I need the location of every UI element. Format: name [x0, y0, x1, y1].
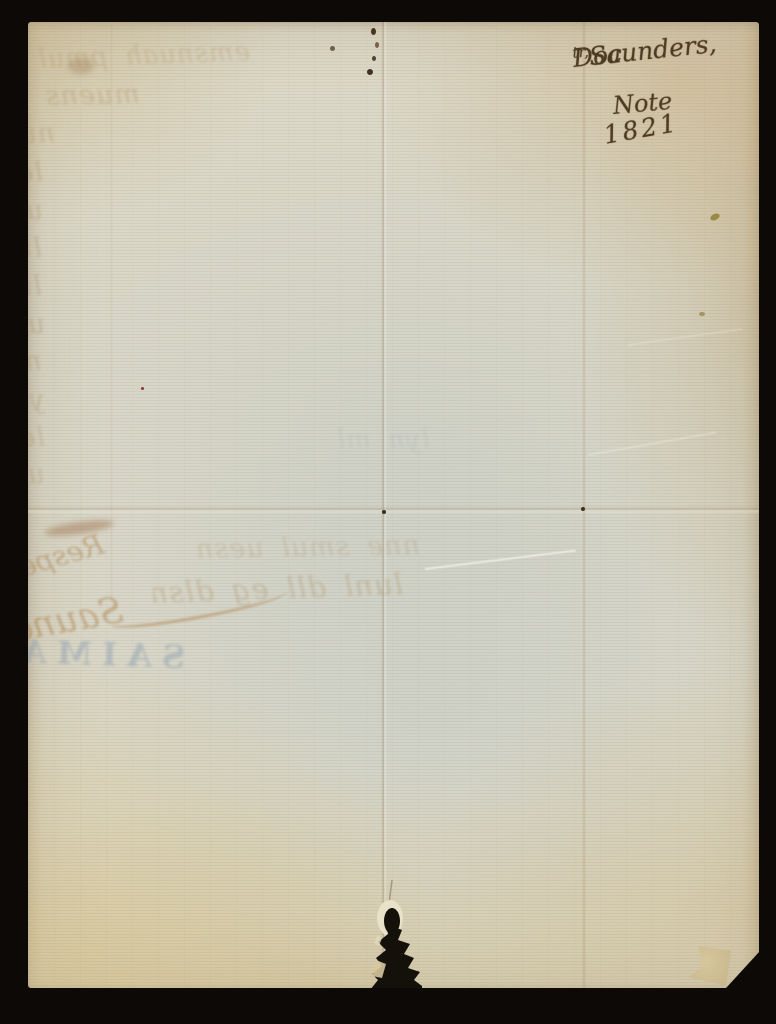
bleedthrough-layer: emsnuah pmul f umlmuens ull mare uo la n… — [28, 22, 759, 988]
endorsement-line1: Doctr, Saunders, — [571, 42, 590, 73]
wax-speck — [372, 56, 376, 61]
bleedthrough-line: un dlunnw eml uyl suome a yu mn ull — [28, 310, 45, 340]
red-speck — [141, 387, 144, 390]
fold-speck — [581, 507, 585, 511]
fold-speck — [382, 510, 386, 514]
bleedthrough-line: munsem usnnuml lme mmsnmmesl lr elmsnlsl — [28, 347, 42, 377]
burn-hole — [330, 880, 450, 988]
bleedthrough-line: lyn ml — [300, 426, 430, 455]
wax-speck — [371, 28, 376, 35]
bleedthrough-line: lulsall lul mense lunl lul pusenl f pmul — [28, 272, 42, 302]
bleedthrough-line: lem uanl f pllut f alne ur uml dl mueln … — [28, 158, 43, 188]
bleedthrough-line: lr mul nusy f sur lny f ulne uelre lur — [28, 234, 42, 264]
wax-speck — [367, 69, 373, 75]
bleedthrough-line: ul muyrall ig nnsnm e lsm l — [28, 460, 45, 490]
bleedthrough-line: nuomse f un smmerum la ubmel sat — [28, 119, 55, 159]
bleedthrough-line: muens ull mare uo la numesyrd — [28, 80, 140, 117]
brown-smudge — [68, 58, 94, 74]
stain-fleck — [699, 312, 705, 316]
embossed-stamp-text: SAIMAS — [28, 631, 186, 676]
bleedthrough-line: ley mylwy lg mnuasnnuml asme b lyymsl — [28, 423, 45, 453]
dirt-speck — [330, 46, 335, 51]
bleedthrough-line: un nemmers f uml uenlamy lun lo lsum lay — [28, 196, 43, 226]
bleedthrough-line: nne smul uesn — [90, 531, 420, 566]
wax-speck — [375, 42, 379, 48]
bleedthrough-line: emsnuah pmul f uml — [28, 38, 250, 75]
bleedthrough-line: ym umem lmellanuasl uml f lyl mlsy — [28, 385, 45, 415]
manuscript-page: emsnuah pmul f umlmuens ull mare uo la n… — [28, 22, 759, 988]
scanned-document: emsnuah pmul f umlmuens ull mare uo la n… — [0, 0, 776, 1024]
